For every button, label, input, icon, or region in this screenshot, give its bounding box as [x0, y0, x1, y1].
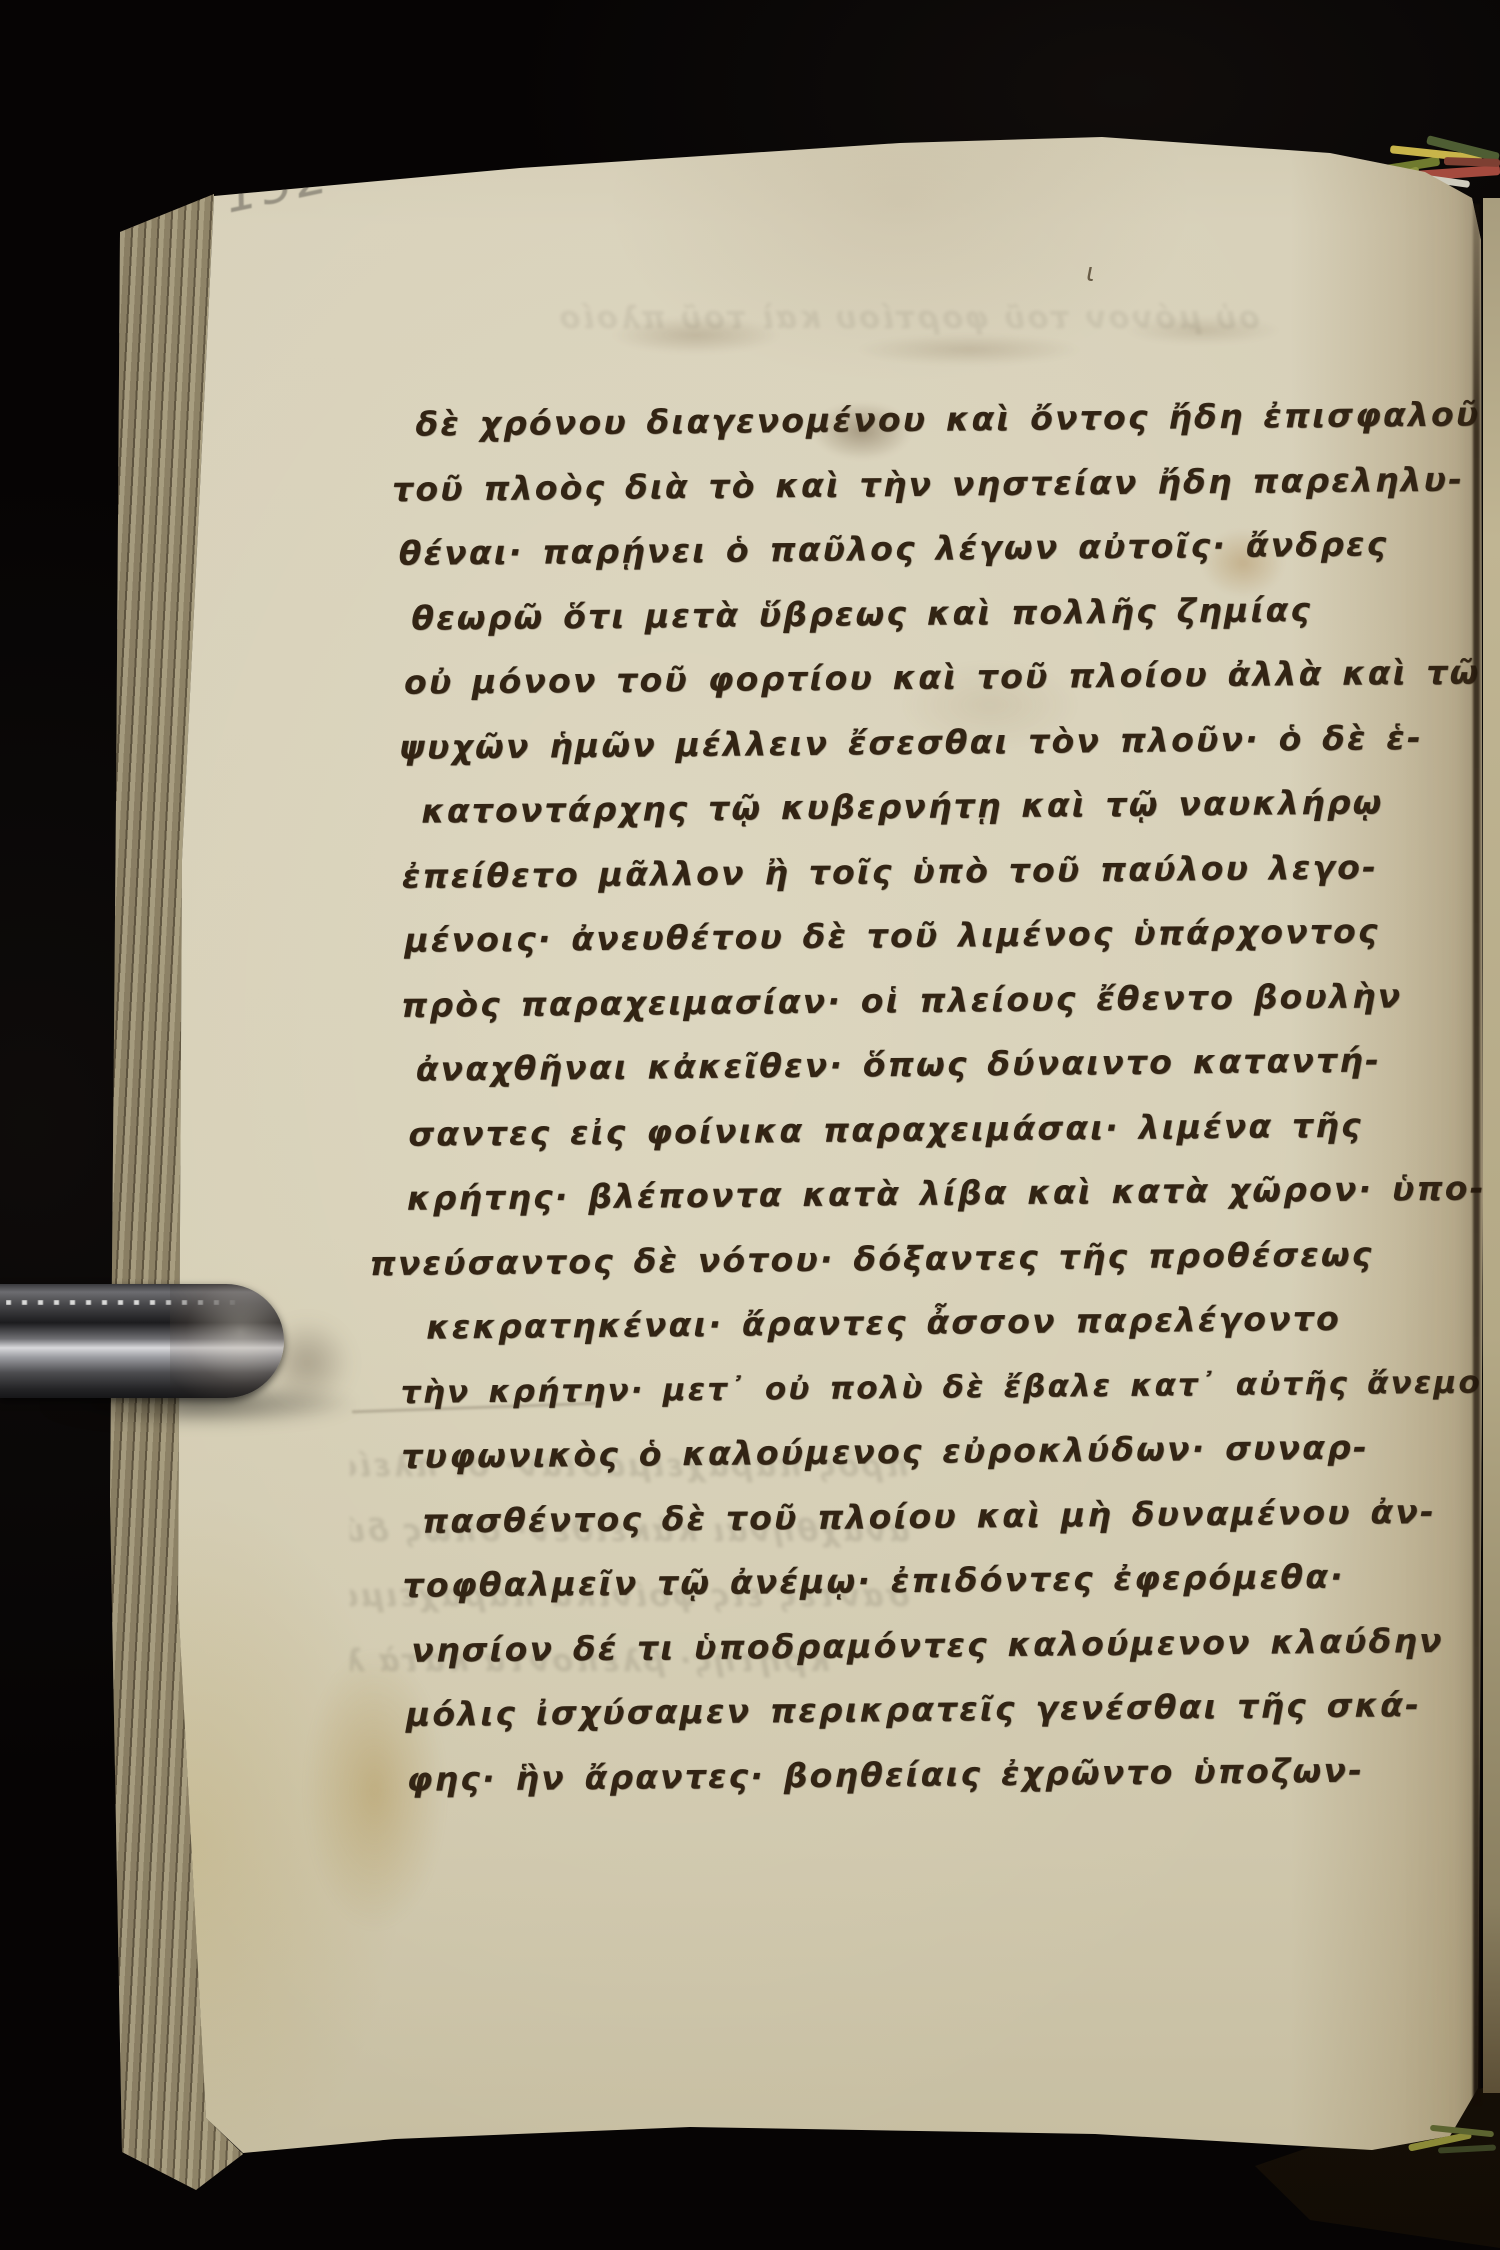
text-line: σαντες εἰς φοίνικα παραχειμάσαι· λιμένα …	[408, 1093, 1414, 1167]
text-line: τυφωνικὸς ὁ καλούμενος εὐροκλύδων· συναρ…	[401, 1415, 1417, 1489]
text-line: πνεύσαντος δὲ νότου· δόξαντες τῆς προθέσ…	[369, 1222, 1415, 1297]
text-line: ἀναχθῆναι κἀκεῖθεν· ὅπως δύναιντο καταντ…	[415, 1028, 1413, 1102]
text-line: τὴν κρήτην· μετ᾽ οὐ πολὺ δὲ ἔβαλε κατ᾽ α…	[400, 1351, 1416, 1425]
text-line: ψυχῶν ἡμῶν μέλλειν ἔσεσθαι τὸν πλοῦν· ὁ …	[398, 706, 1410, 780]
text-line: κατοντάρχης τῷ κυβερνήτῃ καὶ τῷ ναυκλήρῳ	[421, 770, 1411, 844]
manuscript-page: πρὸς παραχειμασίαν· οἱ πλείους ἔθεντο βο…	[0, 0, 1500, 2250]
text-line: πασθέντος δὲ τοῦ πλοίου καὶ μὴ δυναμένου…	[422, 1480, 1418, 1554]
thread	[1438, 2144, 1496, 2153]
opposite-page-edge	[1483, 198, 1500, 2093]
text-line: κρήτης· βλέποντα κατὰ λίβα καὶ κατὰ χῶρο…	[407, 1157, 1415, 1231]
text-line: πρὸς παραχειμασίαν· οἱ πλείους ἔθεντο βο…	[401, 964, 1413, 1038]
text-block: δὲ χρόνου διαγενομένου καὶ ὄντος ἤδη ἐπι…	[391, 383, 1420, 1812]
stray-pen-mark: ι	[1086, 258, 1095, 288]
text-line: δὲ χρόνου διαγενομένου καὶ ὄντος ἤδη ἐπι…	[415, 383, 1407, 457]
text-line: τοφθαλμεῖν τῷ ἀνέμῳ· ἐπιδόντες ἐφερόμεθα…	[402, 1544, 1418, 1618]
folio-number: 152	[219, 145, 336, 224]
rod-highlight	[6, 1300, 246, 1305]
text-line: θέναι· παρῄνει ὁ παῦλος λέγων αὐτοῖς· ἄν…	[398, 512, 1408, 586]
photo-background: πρὸς παραχειμασίαν· οἱ πλείους ἔθεντο βο…	[0, 0, 1500, 2250]
text-line: ἐπείθετο μᾶλλον ἢ τοῖς ὑπὸ τοῦ παύλου λε…	[402, 835, 1412, 909]
text-line: μένοις· ἀνευθέτου δὲ τοῦ λιμένος ὑπάρχον…	[404, 899, 1412, 973]
text-line: φης· ἣν ἄραντες· βοηθείαις ἐχρῶντο ὑποζω…	[406, 1738, 1420, 1812]
tail-endband-threads	[1408, 2120, 1500, 2168]
text-line: νησίον δέ τι ὑποδραμόντες καλούμενον κλα…	[411, 1609, 1419, 1683]
text-line: οὐ μόνον τοῦ φορτίου καὶ τοῦ πλοίου ἀλλὰ…	[404, 641, 1410, 715]
gutter-crease	[1473, 204, 1480, 2104]
thread	[1444, 157, 1500, 167]
text-line: θεωρῶ ὅτι μετὰ ὕβρεως καὶ πολλῆς ζημίας	[411, 577, 1409, 651]
text-line: μόλις ἰσχύσαμεν περικρατεῖς γενέσθαι τῆς…	[406, 1673, 1420, 1747]
bleedthrough-text: οὐ μόνον τοῦ φορτίου καὶ τοῦ πλοίου ἀλλὰ…	[560, 300, 1260, 336]
text-line: κεκρατηκέναι· ἄραντες ἆσσον παρελέγοντο	[426, 1286, 1416, 1360]
text-line: τοῦ πλοὸς διὰ τὸ καὶ τὴν νηστείαν ἤδη πα…	[392, 448, 1408, 522]
